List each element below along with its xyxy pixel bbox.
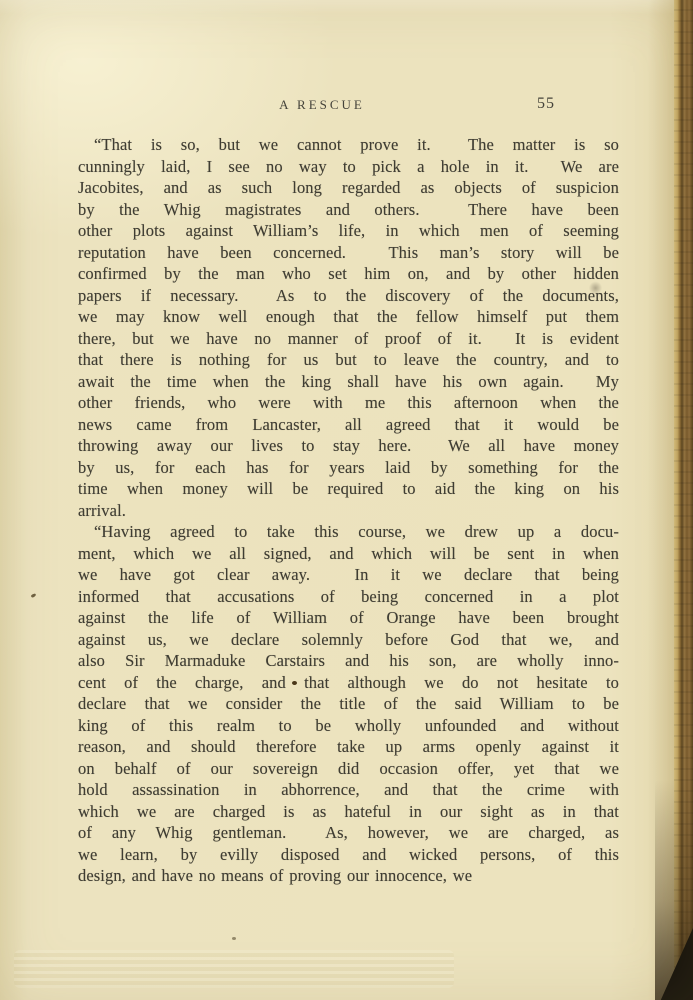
paragraph: “That is so, but we cannot prove it. The… [78,134,619,521]
text-line: also Sir Marmaduke Carstairs and his son… [78,650,619,672]
text-line: “That is so, but we cannot prove it. The… [78,134,619,156]
text-line: Jacobites, and as such long regarded as … [78,177,619,199]
bottom-corner-background [647,928,693,1000]
text-line: by the Whig magistrates and others. Ther… [78,199,619,221]
text-line: we have got clear away. In it we declare… [78,564,619,586]
text-line: await the time when the king shall have … [78,371,619,393]
margin-speck [31,593,37,598]
text-line: other plots against William’s life, in w… [78,220,619,242]
page-edge-bottom-shadow [655,780,693,1000]
page-number: 55 [537,95,555,113]
text-line: papers if necessary. As to the discovery… [78,285,619,307]
text-line: which we are charged is as hateful in ou… [78,801,619,823]
text-line: hold assassination in abhorrence, and th… [78,779,619,801]
text-line: on behalf of our sovereign did occasion … [78,758,619,780]
text-line: that there is nothing for us but to leav… [78,349,619,371]
scan-speck [232,937,236,940]
text-line: king of this realm to be wholly unfounde… [78,715,619,737]
text-line: we may know well enough that the fellow … [78,306,619,328]
paragraph: “Having agreed to take this course, we d… [78,521,619,887]
text-line: news came from Lancaster, all agreed tha… [78,414,619,436]
text-line: cent of the charge, and that although we… [78,672,619,694]
text-line: by us, for each has for years laid by so… [78,457,619,479]
text-line: against us, we declare solemnly before G… [78,629,619,651]
scan-banding [14,950,454,988]
text-line: we learn, by evilly disposed and wicked … [78,844,619,866]
text-line: confirmed by the man who set him on, and… [78,263,619,285]
running-title: A RESCUE [78,97,566,113]
book-page: A RESCUE 55 “That is so, but we cannot p… [0,0,693,1000]
text-line: design, and have no means of proving our… [78,865,619,887]
page-header: A RESCUE 55 [78,95,618,115]
text-block: “That is so, but we cannot prove it. The… [78,134,619,887]
text-line: against the life of William of Orange ha… [78,607,619,629]
text-line: declare that we consider the title of th… [78,693,619,715]
text-line: arrival. [78,500,619,522]
book-page-edges [674,0,693,1000]
text-line: of any Whig gentleman. As, however, we a… [78,822,619,844]
text-line: other friends, who were with me this aft… [78,392,619,414]
text-line: ment, which we all signed, and which wil… [78,543,619,565]
text-line: “Having agreed to take this course, we d… [78,521,619,543]
text-line: informed that accusations of being conce… [78,586,619,608]
text-line: time when money will be required to aid … [78,478,619,500]
text-line: throwing away our lives to stay here. We… [78,435,619,457]
text-line: there, but we have no manner of proof of… [78,328,619,350]
page-curvature-shadow [648,0,676,1000]
text-line: reason, and should therefore take up arm… [78,736,619,758]
text-line: reputation have been concerned. This man… [78,242,619,264]
text-line: cunningly laid, I see no way to pick a h… [78,156,619,178]
